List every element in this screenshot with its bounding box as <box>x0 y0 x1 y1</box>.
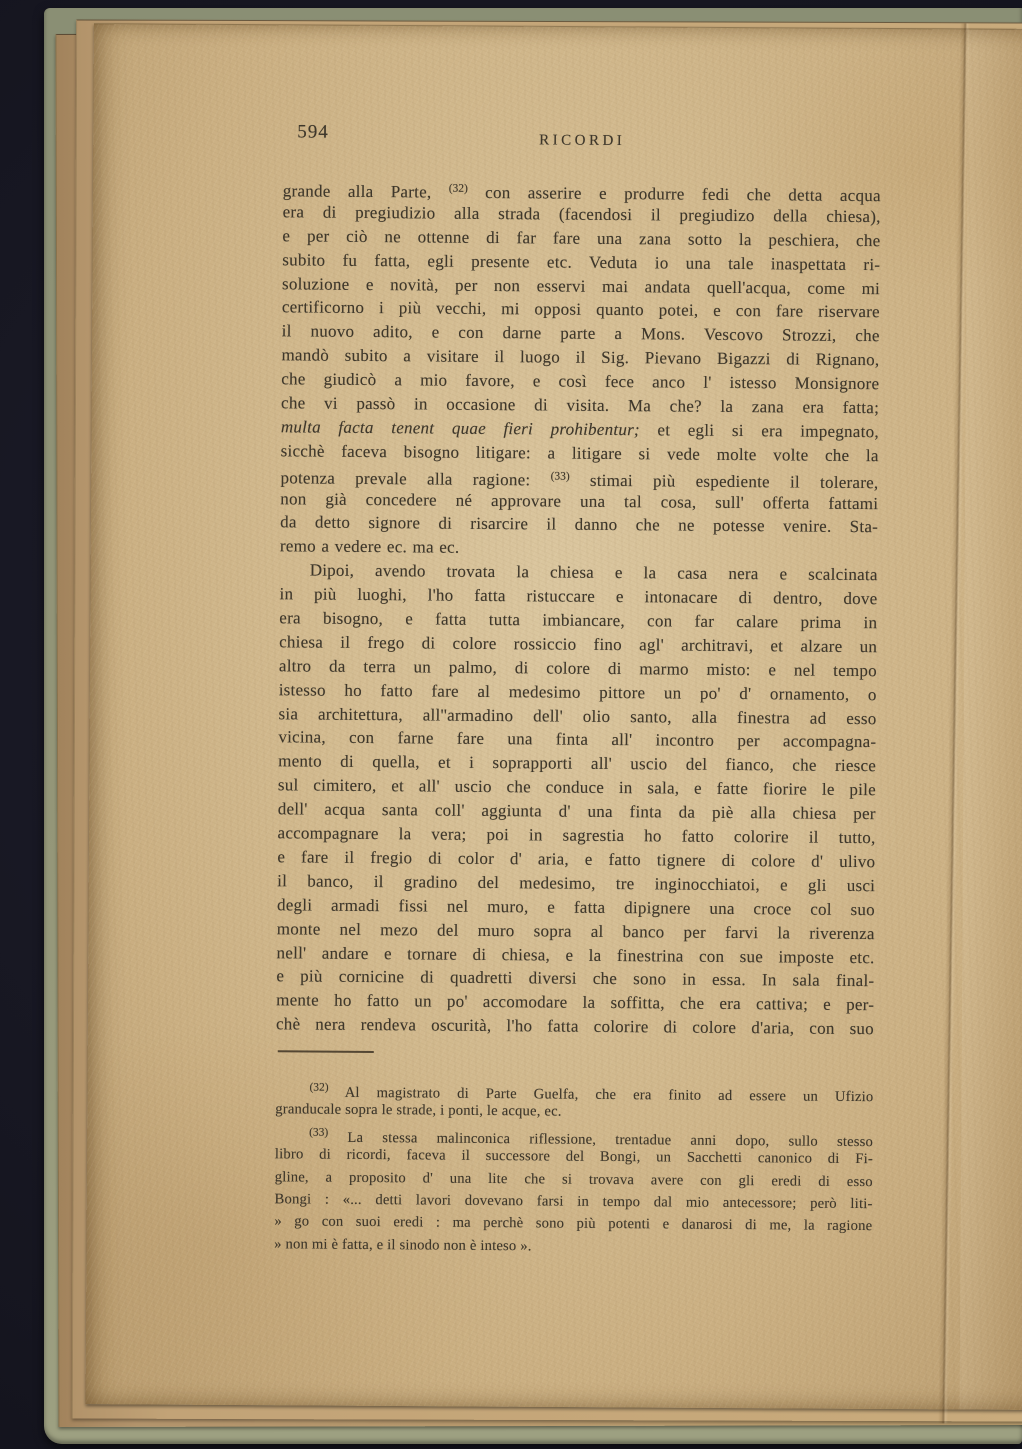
page-body: grande alla Parte, (32) con asserire e p… <box>276 176 881 1041</box>
running-header: RICORDI <box>283 121 881 152</box>
page-number: 594 <box>297 121 329 143</box>
body-paragraph: Dipoi, avendo trovata la chiesa e la cas… <box>276 559 878 1042</box>
page-text-block: 594 RICORDI grande alla Parte, (32) con … <box>274 121 881 1260</box>
page-sheet: 594 RICORDI grande alla Parte, (32) con … <box>86 23 1022 1410</box>
page-header-row: 594 RICORDI <box>283 121 881 154</box>
body-paragraph: grande alla Parte, (32) con asserire e p… <box>280 176 881 563</box>
footnote: (33) La stessa malinconica riflessione, … <box>274 1121 873 1260</box>
footnotes-section: (32) Al magistrato di Parte Guelfa, che … <box>274 1076 873 1260</box>
facing-page-edge <box>960 29 1022 1409</box>
footnote-rule <box>278 1050 374 1053</box>
footnote: (32) Al magistrato di Parte Guelfa, che … <box>275 1076 873 1126</box>
body-line: chè nera rendeva oscurità, l'ho fatta co… <box>276 1012 874 1041</box>
book-scan-scene: 594 RICORDI grande alla Parte, (32) con … <box>0 0 1022 1449</box>
